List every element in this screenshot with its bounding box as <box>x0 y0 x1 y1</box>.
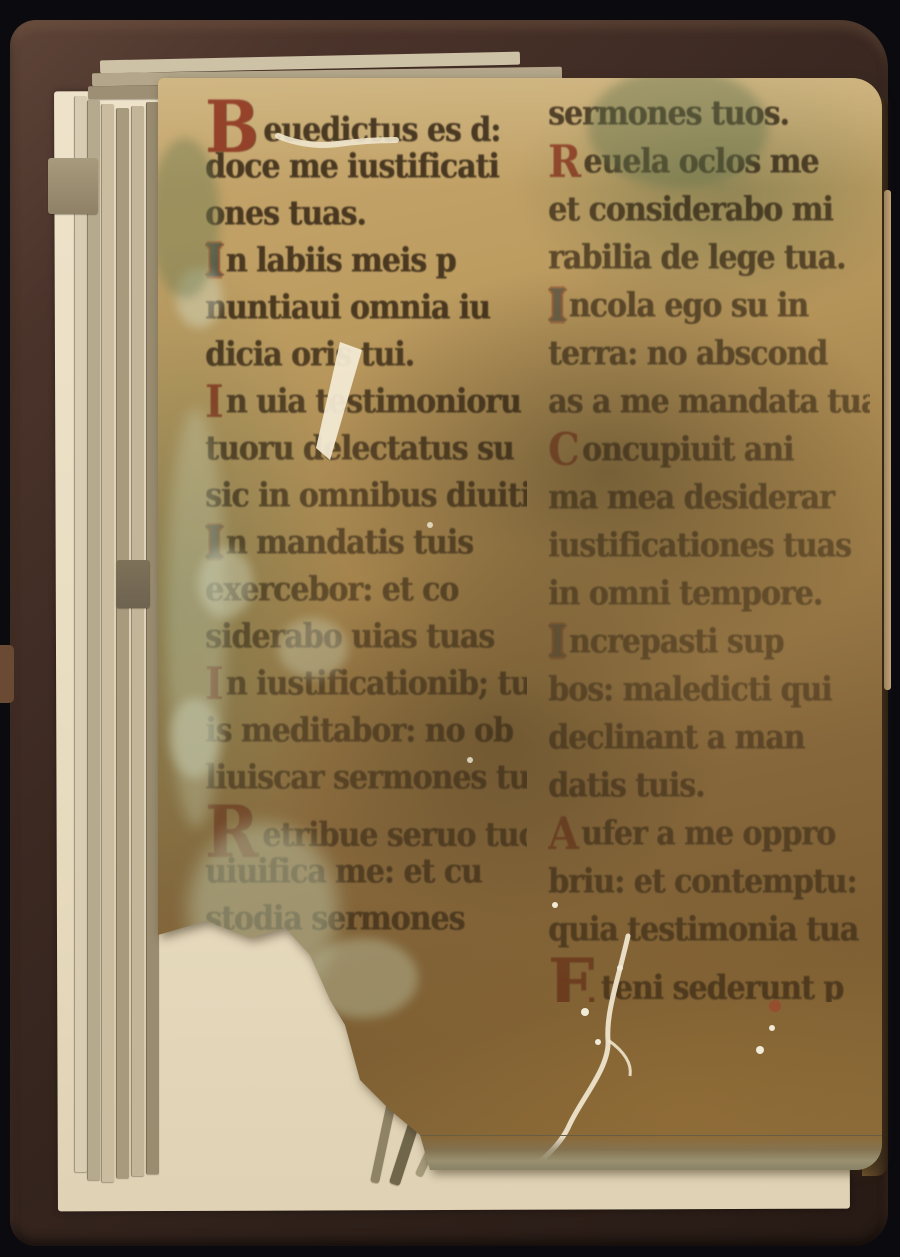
parchment-surface: Beuedictus es d: doce me iustificati one… <box>158 78 882 1170</box>
parchment-cracks <box>158 78 882 1170</box>
manuscript-photograph: Beuedictus es d: doce me iustificati one… <box>0 0 900 1257</box>
parchment-leaf: Beuedictus es d: doce me iustificati one… <box>0 0 900 1257</box>
